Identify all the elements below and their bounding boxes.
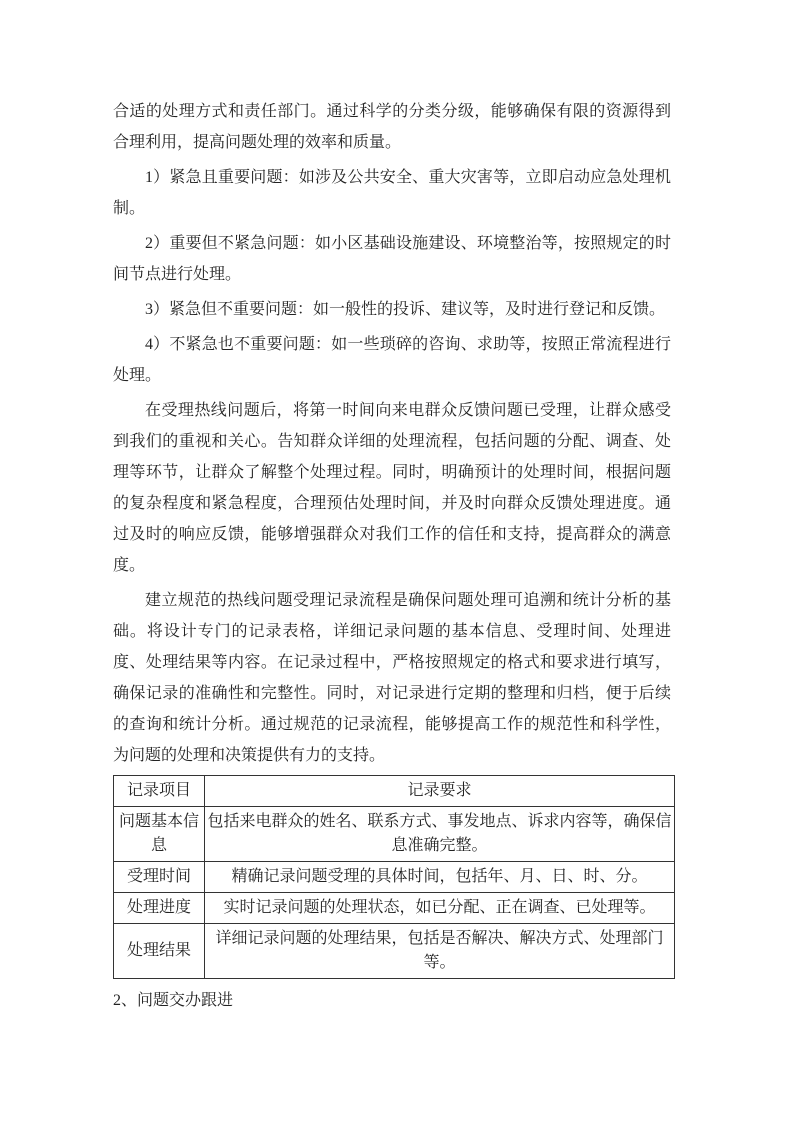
paragraph: 1）紧急且重要问题：如涉及公共安全、重大灾害等，立即启动应急处理机制。 bbox=[113, 162, 671, 224]
record-requirement-cell: 实时记录问题的处理状态，如已分配、正在调查、已处理等。 bbox=[205, 893, 675, 924]
table-body: 问题基本信息包括来电群众的姓名、联系方式、事发地点、诉求内容等，确保信息准确完整… bbox=[114, 807, 675, 979]
record-item-cell: 处理结果 bbox=[114, 924, 205, 979]
document-content: 合适的处理方式和责任部门。通过科学的分类分级，能够确保有限的资源得到合理利用，提… bbox=[113, 96, 675, 1016]
record-item-cell: 受理时间 bbox=[114, 862, 205, 893]
paragraph: 4）不紧急也不重要问题：如一些琐碎的咨询、求助等，按照正常流程进行处理。 bbox=[113, 329, 671, 391]
paragraph: 在受理热线问题后，将第一时间向来电群众反馈问题已受理，让群众感受到我们的重视和关… bbox=[113, 395, 671, 581]
table-row: 问题基本信息包括来电群众的姓名、联系方式、事发地点、诉求内容等，确保信息准确完整… bbox=[114, 807, 675, 862]
table-row: 处理进度实时记录问题的处理状态，如已分配、正在调查、已处理等。 bbox=[114, 893, 675, 924]
table-row: 处理结果详细记录问题的处理结果，包括是否解决、解决方式、处理部门等。 bbox=[114, 924, 675, 979]
body-paragraphs: 合适的处理方式和责任部门。通过科学的分类分级，能够确保有限的资源得到合理利用，提… bbox=[113, 96, 675, 771]
record-item-cell: 问题基本信息 bbox=[114, 807, 205, 862]
table-header-record-requirement: 记录要求 bbox=[205, 776, 675, 807]
table-header-record-item: 记录项目 bbox=[114, 776, 205, 807]
document-page: 合适的处理方式和责任部门。通过科学的分类分级，能够确保有限的资源得到合理利用，提… bbox=[0, 0, 793, 1122]
table-row: 受理时间精确记录问题受理的具体时间，包括年、月、日、时、分。 bbox=[114, 862, 675, 893]
section-heading: 2、问题交办跟进 bbox=[113, 985, 675, 1016]
paragraph: 建立规范的热线问题受理记录流程是确保问题处理可追溯和统计分析的基础。将设计专门的… bbox=[113, 585, 671, 771]
record-table: 记录项目 记录要求 问题基本信息包括来电群众的姓名、联系方式、事发地点、诉求内容… bbox=[113, 775, 675, 979]
record-requirement-cell: 包括来电群众的姓名、联系方式、事发地点、诉求内容等，确保信息准确完整。 bbox=[205, 807, 675, 862]
record-item-cell: 处理进度 bbox=[114, 893, 205, 924]
paragraph: 3）紧急但不重要问题：如一般性的投诉、建议等，及时进行登记和反馈。 bbox=[113, 294, 671, 325]
record-requirement-cell: 详细记录问题的处理结果，包括是否解决、解决方式、处理部门等。 bbox=[205, 924, 675, 979]
paragraph: 2）重要但不紧急问题：如小区基础设施建设、环境整治等，按照规定的时间节点进行处理… bbox=[113, 228, 671, 290]
record-requirement-cell: 精确记录问题受理的具体时间，包括年、月、日、时、分。 bbox=[205, 862, 675, 893]
table-header-row: 记录项目 记录要求 bbox=[114, 776, 675, 807]
paragraph: 合适的处理方式和责任部门。通过科学的分类分级，能够确保有限的资源得到合理利用，提… bbox=[113, 96, 671, 158]
